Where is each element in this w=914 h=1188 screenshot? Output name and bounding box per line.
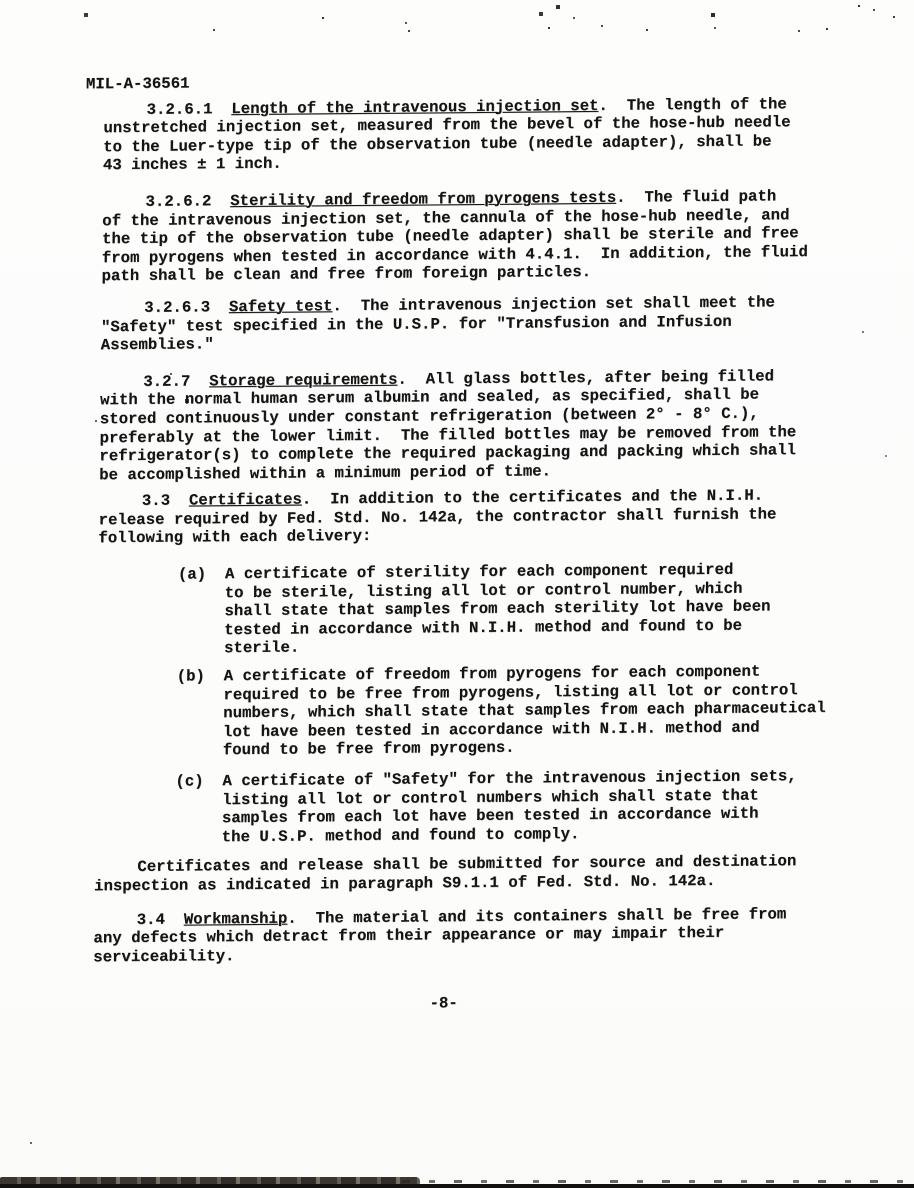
item-text: A certificate of "Safety" for the intrav… — [204, 767, 797, 846]
section-3-4: 3.4 Workmanship. The material and its co… — [93, 904, 836, 966]
section-title: Length of the intravenous injection set — [231, 97, 598, 118]
scan-edge-artifact-mid — [402, 1180, 914, 1183]
section-3-3: 3.3 Certificates. In addition to the cer… — [98, 486, 841, 548]
section-title: Storage requirements — [209, 370, 397, 390]
section-number: 3.4 — [137, 910, 184, 928]
section-number: 3.2.6.2 — [145, 192, 230, 211]
certificate-item-c: (c) A certificate of "Safety" for the in… — [175, 767, 838, 847]
section-number: 3.2.6.1 — [146, 100, 231, 119]
scan-edge-artifact-left — [0, 1177, 420, 1184]
scan-noise-specks — [0, 0, 2, 2]
section-3-2-6-1: 3.2.6.1 Length of the intravenous inject… — [103, 94, 846, 175]
item-label: (b) — [177, 667, 205, 685]
section-title: Workmanship — [184, 909, 288, 928]
item-text: A certificate of freedom from pyrogens f… — [205, 663, 826, 760]
document-content: MIL-A-36561 3.2.6.1 Length of the intrav… — [93, 69, 846, 1017]
page-number: -8- — [93, 992, 795, 1017]
closing-text: Certificates and release shall be submit… — [94, 853, 796, 896]
section-title: Safety test — [229, 297, 333, 316]
document-number: MIL-A-36561 — [86, 69, 846, 94]
section-3-2-6-2: 3.2.6.2 Sterility and freedom from pyrog… — [101, 187, 844, 286]
item-label: (a) — [178, 565, 206, 583]
section-title: Certificates — [189, 491, 302, 510]
section-3-2-6-3: 3.2.6.3 Safety test. The intravenous inj… — [101, 293, 844, 355]
section-number: 3.2.6.3 — [144, 298, 229, 317]
closing-paragraph: Certificates and release shall be submit… — [94, 852, 836, 896]
scan-edge-bottom-line — [0, 1184, 914, 1188]
section-number: 3.3 — [142, 492, 189, 510]
item-label: (c) — [175, 772, 203, 790]
certificate-item-b: (b) A certificate of freedom from pyroge… — [176, 662, 839, 761]
section-number: 3.2.7 — [143, 372, 209, 391]
certificate-item-a: (a) A certificate of sterility for each … — [177, 560, 840, 659]
item-text: A certificate of sterility for each comp… — [206, 561, 771, 658]
scanned-document-page: MIL-A-36561 3.2.6.1 Length of the intrav… — [0, 0, 914, 1188]
section-3-2-7: 3.2.7 Storage requirements. All glass bo… — [99, 367, 842, 485]
